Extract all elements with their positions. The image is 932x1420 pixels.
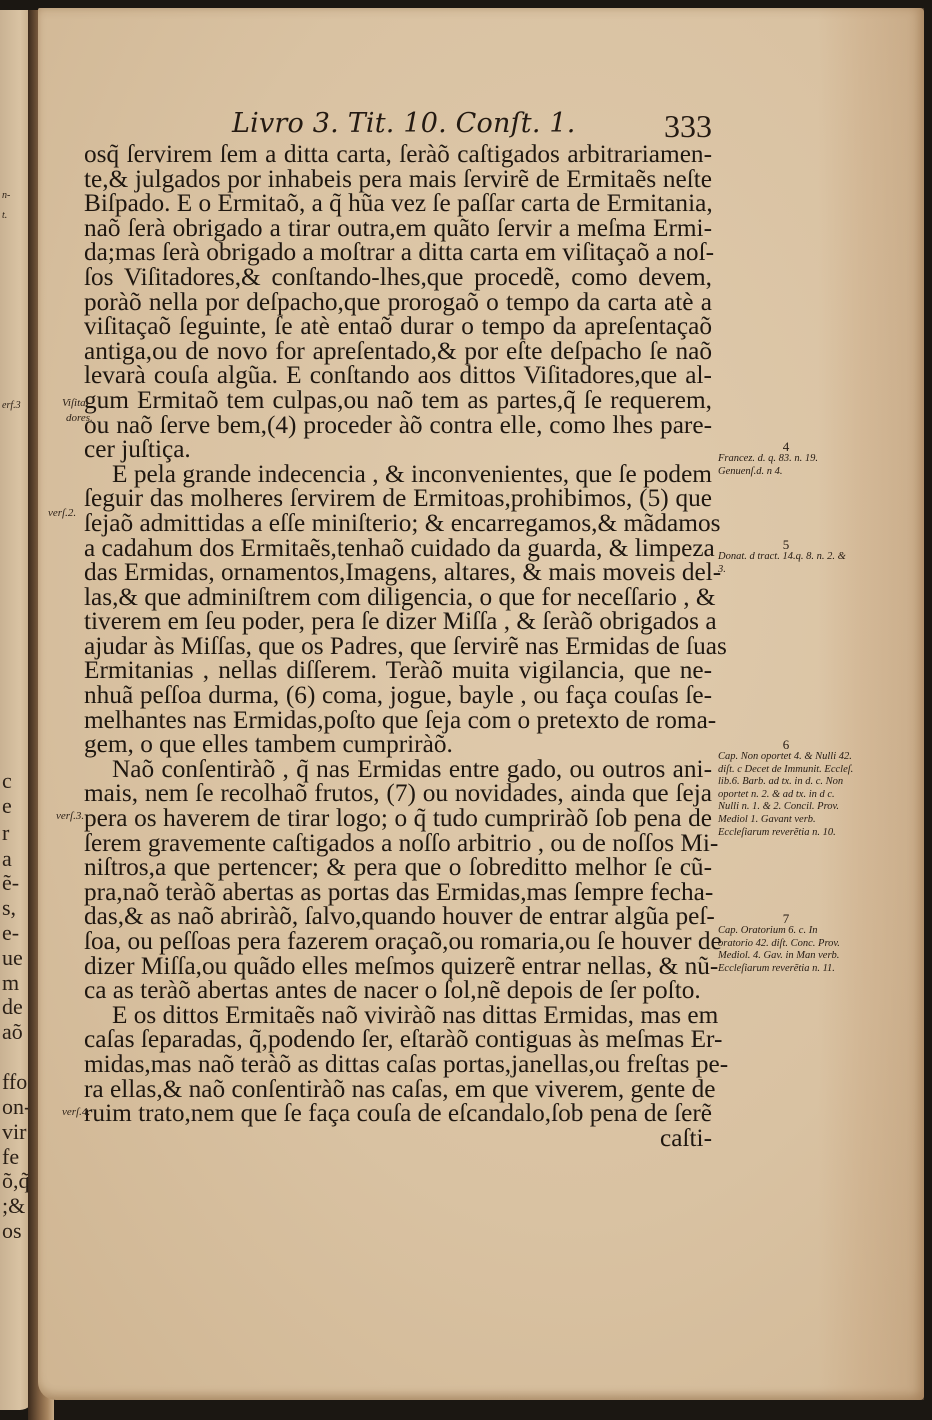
citation-number: 4	[718, 440, 854, 453]
marginal-citation: 5Donat. d tract. 14.q. 8. n. 2. & 3.	[718, 538, 854, 576]
text-line: E os dittos Ermitaẽs naõ viviràõ nas dit…	[84, 1003, 712, 1028]
text-line: dizer Miſſa,ou quãdo elles meſmos quizer…	[84, 954, 712, 979]
text-line: osq̃ ſervirem ſem a ditta carta, ſeràõ c…	[84, 142, 712, 167]
left-margin-note: Viſita-	[62, 397, 89, 410]
text-line: gem, o que elles tambem cumpriràõ.	[84, 732, 712, 757]
citation-text: Cap. Non oportet 4. & Nulli 42. diſt. c …	[718, 751, 854, 839]
previous-page-text-fragment: m	[2, 972, 19, 994]
text-line: te,& julgados por inhabeis pera mais ſer…	[84, 167, 712, 192]
previous-page-text-fragment: aõ	[2, 1021, 23, 1043]
running-title: Livro 3. Tit. 10. Conſt. 1.	[232, 108, 576, 139]
previous-page-text-fragment: e-	[2, 922, 19, 944]
previous-page-text-fragment: ;&	[2, 1195, 25, 1217]
text-line: cer juſtiça.	[84, 437, 712, 462]
text-line: da;mas ſerà obrigado a moſtrar a ditta c…	[84, 240, 712, 265]
page-header: Livro 3. Tit. 10. Conſt. 1. 333	[232, 108, 712, 144]
previous-page-text-fragment: e	[2, 795, 12, 817]
previous-page-text-fragment: fe	[2, 1146, 19, 1168]
text-line: poràõ nella por deſpacho,que prorogaõ o …	[84, 290, 712, 315]
previous-page-text-fragment: õ,q̃	[2, 1170, 30, 1192]
previous-page-text-fragment: a	[2, 848, 12, 870]
previous-page-text-fragment: n-	[2, 185, 10, 207]
left-margin-note: verſ.3.	[56, 810, 84, 823]
previous-page-text-fragment: de	[2, 996, 23, 1018]
text-line: las,& que adminiſtrem com diligencia, o …	[84, 585, 712, 610]
page-stain	[818, 8, 924, 1400]
text-line: ca as teràõ abertas antes de nacer o ſol…	[84, 978, 712, 1003]
text-line: antiga,ou de novo for apreſentado,& por …	[84, 339, 712, 364]
text-line: pra,naõ teràõ abertas as portas das Ermi…	[84, 880, 712, 905]
marginal-citation: 4Francez. d. q. 83. n. 19. Genuenſ.d. n …	[718, 440, 854, 478]
left-margin-note: verſ.4.	[62, 1106, 90, 1119]
citation-number: 6	[718, 738, 854, 751]
left-margin-note: verſ.2.	[48, 507, 76, 520]
text-line: gum Ermitaõ tem culpas,ou naõ tem as par…	[84, 388, 712, 413]
previous-page-text-fragment: erf.3	[2, 395, 21, 417]
text-line: ſejaõ admittidas a eſſe miniſterio; & en…	[84, 511, 712, 536]
citation-text: Francez. d. q. 83. n. 19. Genuenſ.d. n 4…	[718, 453, 854, 478]
text-line: a cadahum dos Ermitaẽs,tenhaõ cuidado da…	[84, 536, 712, 561]
citation-number: 7	[718, 912, 854, 925]
citation-text: Cap. Oratorium 6. c. In oratorio 42. diſ…	[718, 925, 854, 975]
text-line: das,& as naõ abriràõ, ſalvo,quando houve…	[84, 904, 712, 929]
text-line: Biſpado. E o Ermitaõ, a q̃ hũa vez ſe pa…	[84, 191, 712, 216]
previous-page-text-fragment: c	[2, 770, 12, 792]
text-line: ſos Viſitadores,& conſtando-lhes,que pro…	[84, 265, 712, 290]
body-text: osq̃ ſervirem ſem a ditta carta, ſeràõ c…	[84, 142, 712, 1150]
text-line: ajudar às Miſſas, que os Padres, que ſer…	[84, 634, 712, 659]
citation-text: Donat. d tract. 14.q. 8. n. 2. & 3.	[718, 551, 854, 576]
previous-page-text-fragment: r	[2, 822, 9, 844]
previous-page-text-fragment: ẽ-	[2, 872, 19, 894]
previous-page-text-fragment: s,	[2, 897, 16, 919]
marginal-citation: 7Cap. Oratorium 6. c. In oratorio 42. di…	[718, 912, 854, 975]
text-line: das Ermidas, ornamentos,Imagens, altares…	[84, 560, 712, 585]
text-line: Ermitanias , nellas diſſerem. Teràõ muit…	[84, 658, 712, 683]
previous-page-text-fragment: ue	[2, 947, 23, 969]
text-line: midas,mas naõ teràõ as dittas caſas port…	[84, 1052, 712, 1077]
text-line: naõ ſerà obrigado a tirar outra,em quãto…	[84, 216, 712, 241]
text-line: ſerem gravemente caſtigados a noſſo arbi…	[84, 831, 712, 856]
text-line: mais, nem ſe recolhaõ frutos, (7) ou nov…	[84, 781, 712, 806]
left-margin-note: dores.	[66, 412, 93, 425]
previous-page-text-fragment: ffo	[2, 1071, 27, 1093]
text-line: melhantes nas Ermidas,poſto que ſeja com…	[84, 708, 712, 733]
previous-page-text-fragment: os	[2, 1220, 22, 1242]
text-line: ra ellas,& naõ conſentiràõ nas caſas, em…	[84, 1077, 712, 1102]
text-line: ou naõ ſerve bem,(4) proceder àõ contra …	[84, 413, 712, 438]
previous-page-text-fragment: t.	[2, 205, 7, 227]
text-line: ſeguir das molheres ſervirem de Ermitoas…	[84, 486, 712, 511]
previous-page-text-fragment: vir	[2, 1121, 26, 1143]
text-line: niſtros,a que pertencer; & pera que o ſo…	[84, 855, 712, 880]
text-line: pera os haverem de tirar logo; o q̃ tudo…	[84, 806, 712, 831]
text-line: Naõ conſentiràõ , q̃ nas Ermidas entre g…	[84, 757, 712, 782]
citation-number: 5	[718, 538, 854, 551]
text-line: levarà couſa algũa. E conſtando aos ditt…	[84, 363, 712, 388]
text-line: caſas ſeparadas, q̃,podendo ſer, eſtaràõ…	[84, 1027, 712, 1052]
marginal-citation: 6Cap. Non oportet 4. & Nulli 42. diſt. c…	[718, 738, 854, 839]
text-line: viſitaçaõ ſeguinte, ſe atè entaõ durar o…	[84, 314, 712, 339]
text-line: E pela grande indecencia , & inconvenien…	[84, 462, 712, 487]
text-line: ruim trato,nem que ſe faça couſa de eſca…	[84, 1101, 712, 1126]
text-line: tiverem em ſeu poder, pera ſe dizer Miſſ…	[84, 609, 712, 634]
text-line: caſti-	[84, 1126, 712, 1151]
text-line: nhuã peſſoa durma, (6) coma, jogue, bayl…	[84, 683, 712, 708]
previous-page-text-fragment: on-	[2, 1096, 31, 1118]
text-line: ſoa, ou peſſoas pera fazerem oraçaõ,ou r…	[84, 929, 712, 954]
